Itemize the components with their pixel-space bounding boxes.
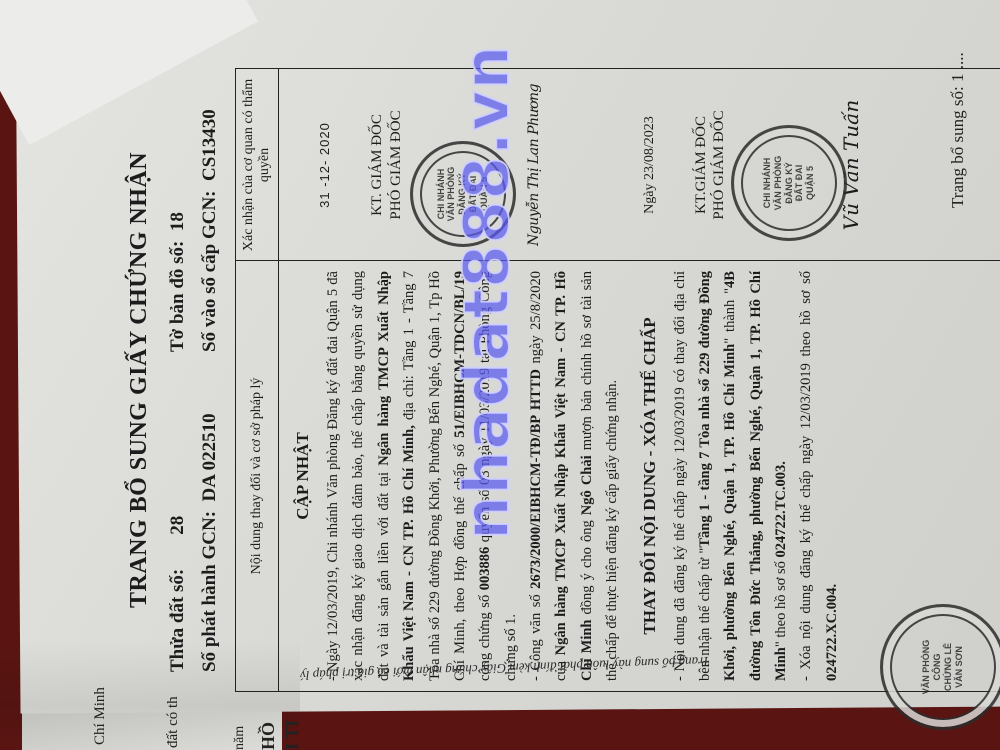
- section-change-paragraph-2: - Xóa nội dung đăng ký thế chấp ngày 12/…: [794, 261, 845, 691]
- confirmation-2-stamp-area: CHI NHÁNH VĂN PHÒNG ĐĂNG KÝ ĐẤT ĐAI QUẬN…: [729, 69, 839, 261]
- map-sheet-value: 18: [167, 212, 188, 231]
- confirmation-column: Xác nhận của cơ quan có thẩm quyền 31 -1…: [236, 69, 1000, 261]
- confirmation-1-title: KT. GIÁM ĐỐC PHÓ GIÁM ĐỐC: [368, 69, 406, 261]
- confirmation-1-date: 31 -12- 2020: [317, 69, 332, 261]
- page-title: TRANG BỔ SUNG GIẤY CHỨNG NHẬN: [126, 60, 153, 700]
- changes-column: Nội dung thay đổi và cơ sở pháp lý CẬP N…: [236, 260, 1000, 691]
- page-number: Trang bổ sung số: 1 ....: [948, 52, 968, 208]
- register-number-value: CS13430: [199, 109, 220, 181]
- changes-column-header: Nội dung thay đổi và cơ sở pháp lý: [236, 261, 279, 691]
- confirmation-2: Ngày 23/08/2023 KT.GIÁM ĐỐC PHÓ GIÁM ĐỐC…: [642, 69, 864, 261]
- confirmation-2-date: Ngày 23/08/2023: [642, 69, 658, 261]
- section-change-title: THAY ĐỔI NỘI DUNG - XÓA THẾ CHẤP: [640, 261, 660, 691]
- underlying-fragment: Chí Minh: [92, 687, 109, 745]
- underlying-fragment: năm: [232, 726, 248, 750]
- section-change-paragraph-1: - Nội dung đã đăng ký thế chấp ngày 12/0…: [668, 261, 795, 691]
- notary-stamp: VĂN PHÒNG CÔNG CHỨNG LÊ VĂN SƠN: [880, 604, 1000, 730]
- parcel-info: Thửa đất số:28 Tờ bản đồ số: 18 Số phát …: [167, 60, 221, 700]
- parcel-number-label: Thửa đất số:: [167, 569, 188, 672]
- office-stamp-2: CHI NHÁNH VĂN PHÒNG ĐĂNG KÝ ĐẤT ĐAI QUẬN…: [731, 125, 847, 241]
- watermark: nhadat888.vn: [450, 45, 523, 541]
- underlying-fragment: I TI: [282, 720, 303, 750]
- issue-number-value: DA 022510: [199, 413, 220, 501]
- section-update-paragraph-2: - Công văn số 2673/2000/EIBHCM-TĐ/BP HTT…: [524, 261, 626, 691]
- changes-table: Nội dung thay đổi và cơ sở pháp lý CẬP N…: [235, 68, 1000, 692]
- supplement-page: TRANG BỔ SUNG GIẤY CHỨNG NHẬN Thửa đất s…: [120, 60, 940, 700]
- confirmation-1-signer: Nguyễn Thị Lan Phương: [526, 69, 542, 261]
- register-number-label: Số vào sổ cấp GCN:: [199, 190, 220, 352]
- underlying-fragment: đất có th: [165, 696, 182, 748]
- section-update-title: CẬP NHẬT: [293, 261, 313, 691]
- parcel-number-value: 28: [167, 516, 188, 535]
- underlying-fragment: HỒ: [258, 722, 279, 750]
- issue-number-label: Số phát hành GCN:: [199, 511, 220, 672]
- map-sheet-label: Tờ bản đồ số:: [167, 241, 188, 352]
- confirmation-2-title: KT.GIÁM ĐỐC PHÓ GIÁM ĐỐC: [692, 69, 730, 261]
- confirmation-column-header: Xác nhận của cơ quan có thẩm quyền: [236, 69, 279, 261]
